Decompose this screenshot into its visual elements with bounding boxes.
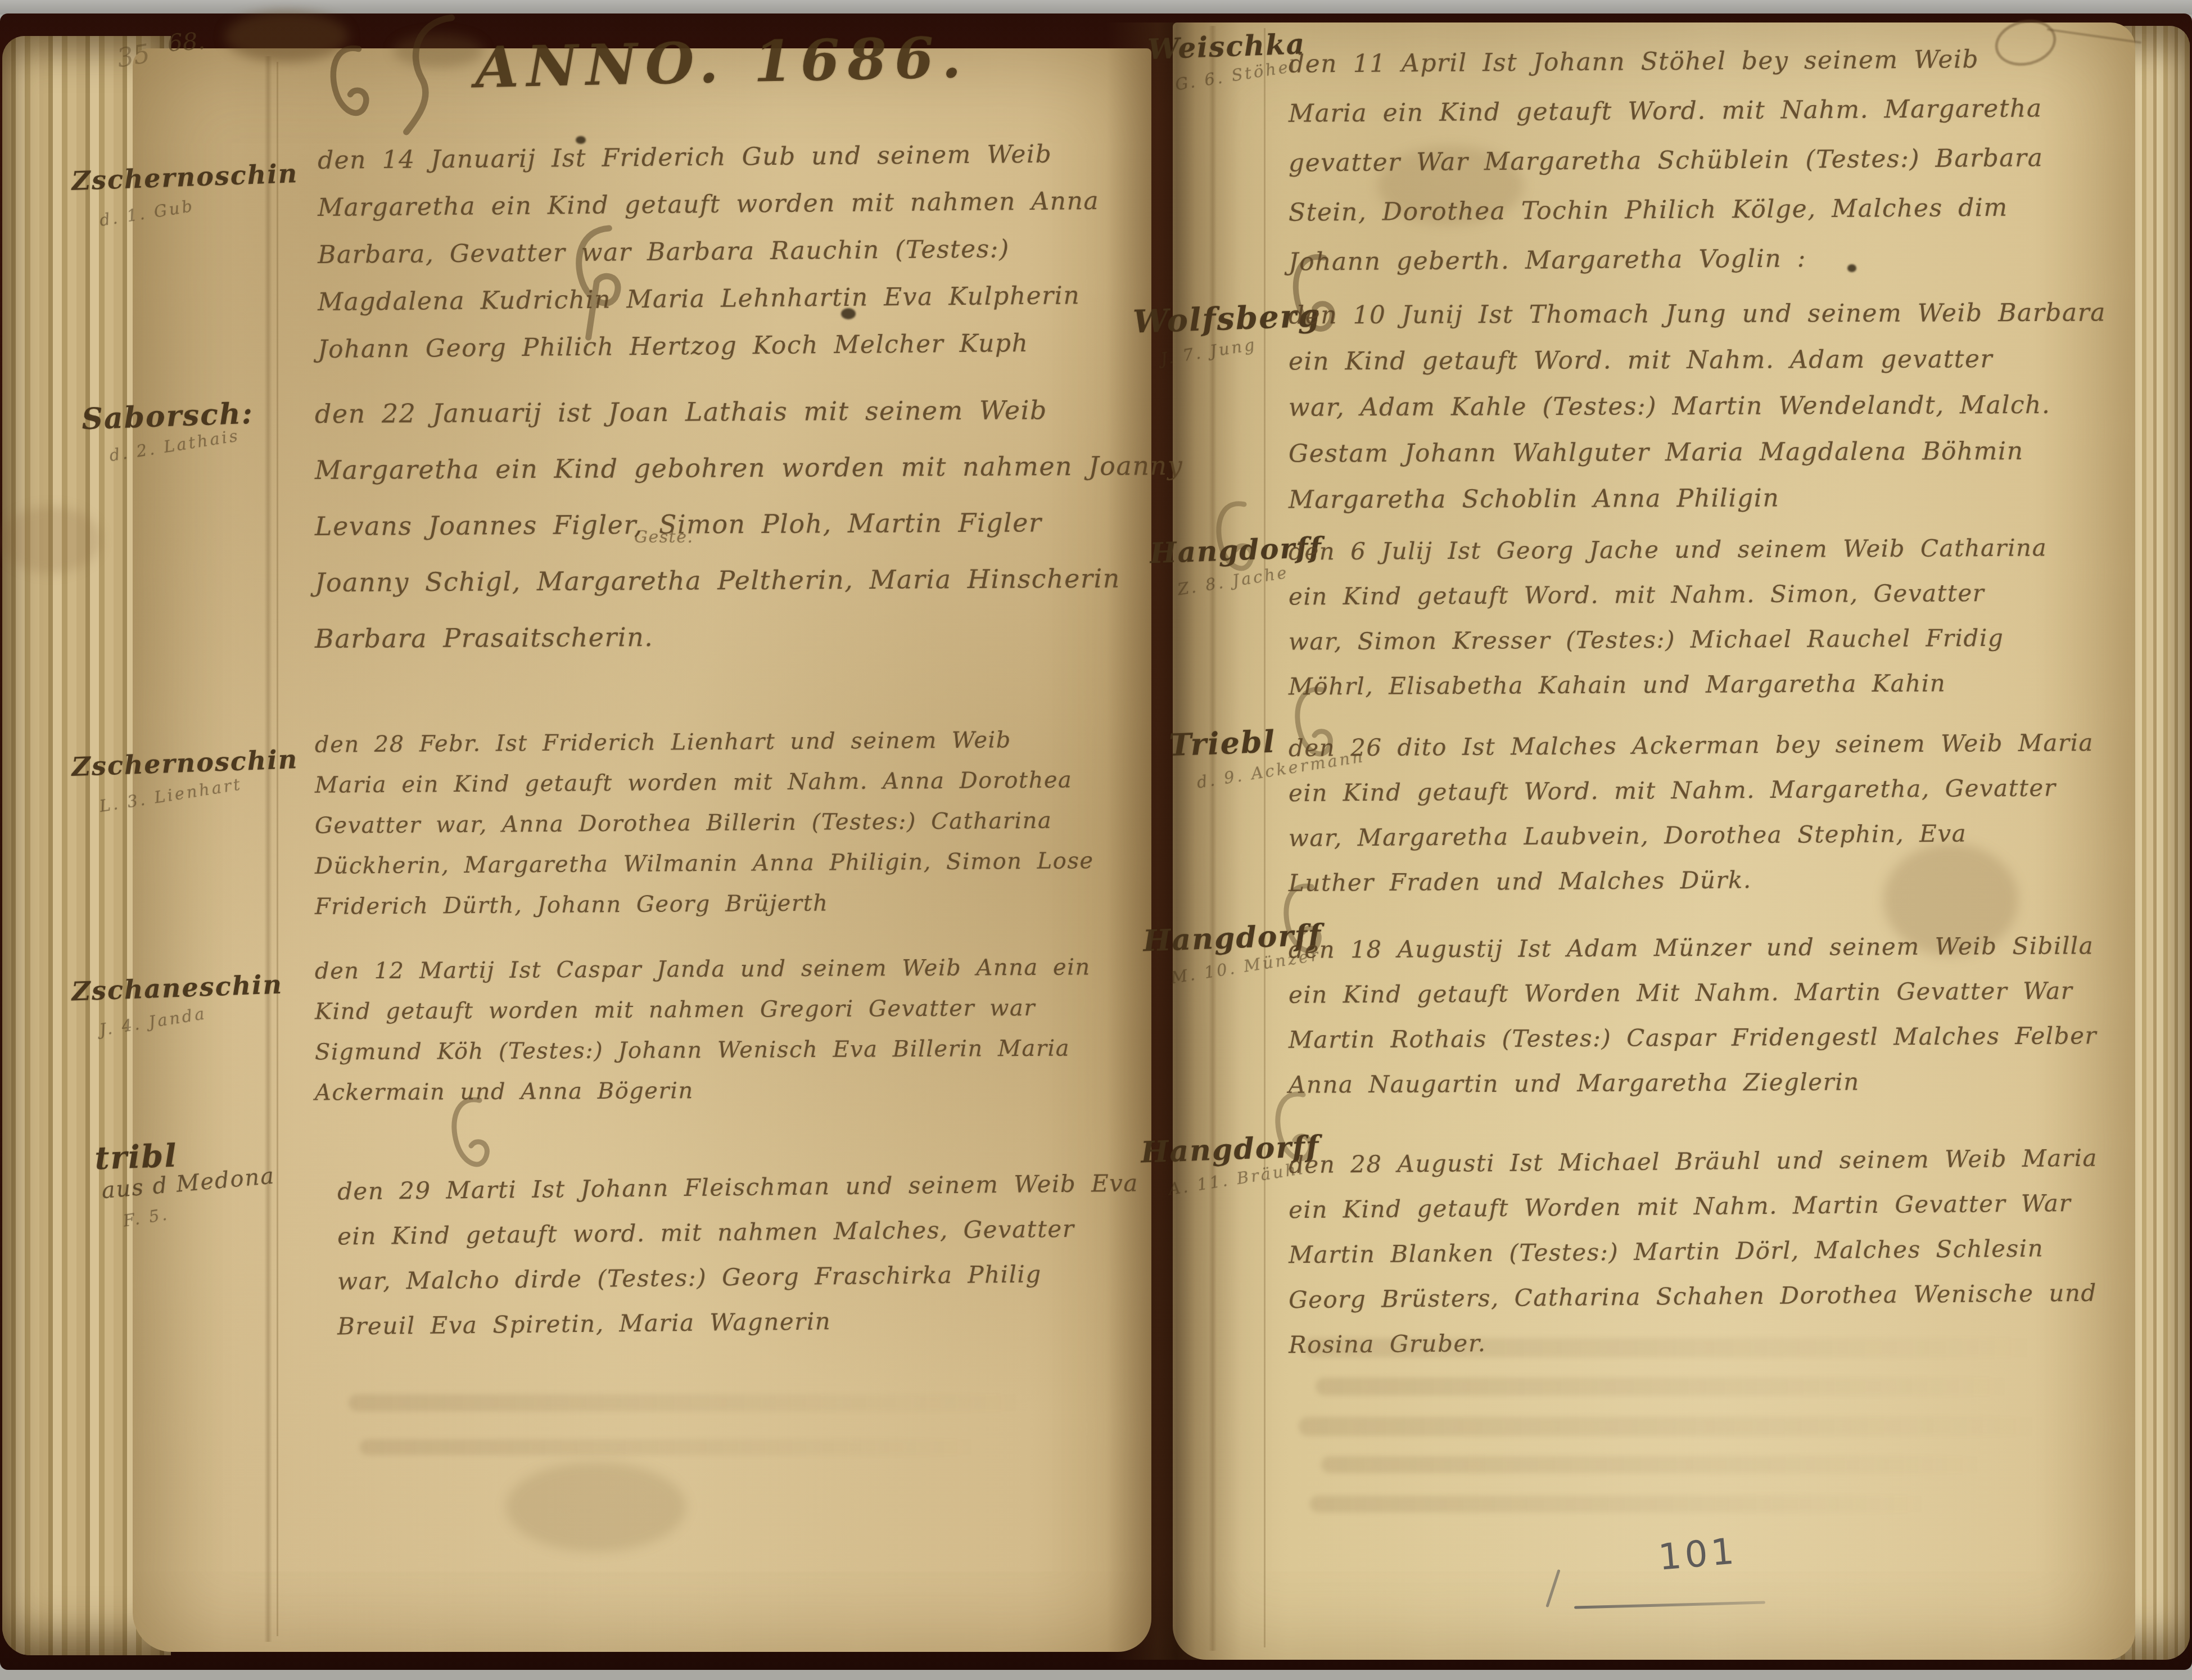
place-name-zschernoschin: Zschernoschin d. 1. Gub xyxy=(71,158,299,219)
entry-text-line: Luther Fraden und Malches Dürk. xyxy=(1289,855,2094,906)
entry-text-line: Maria ein Kind getauft worden mit Nahm. … xyxy=(315,760,1094,806)
entry-text-line: war, Simon Kresser (Testes:) Michael Rau… xyxy=(1289,615,2048,664)
entry-text-line: ein Kind getauft Worden Mit Nahm. Martin… xyxy=(1289,968,2097,1018)
entry-text-line: Anna Naugartin und Margaretha Zieglerin xyxy=(1289,1058,2097,1108)
entry-text-line: ein Kind getauft Word. mit Nahm. Simon, … xyxy=(1289,570,2048,619)
baptism-entry: den 28 Febr. Ist Friderich Lienhart und … xyxy=(315,722,1094,924)
entry-text-line: Stein, Dorothea Tochin Philich Kölge, Ma… xyxy=(1289,183,2044,237)
entry-text-line: Dückherin, Margaretha Wilmanin Anna Phil… xyxy=(315,841,1094,887)
entry-text-line: den 10 Junij Ist Thomach Jung und seinem… xyxy=(1289,290,2106,338)
photo-background-strip xyxy=(0,0,2192,15)
folio-number: 68. xyxy=(166,27,206,57)
stain xyxy=(0,506,101,573)
entry-text-line: ein Kind getauft Word. mit Nahm. Adam ge… xyxy=(1289,336,2106,385)
baptism-entry: den 6 Julij Ist Georg Jache und seinem W… xyxy=(1289,527,2047,707)
bleed-through-text xyxy=(1310,1496,1928,1512)
baptism-entry: den 18 Augustij Ist Adam Münzer und sein… xyxy=(1289,925,2097,1105)
entry-text-line: Ackermain und Anna Bögerin xyxy=(315,1068,1091,1113)
baptism-entry: den 11 April Ist Johann Stöhel bey seine… xyxy=(1289,37,2043,284)
entry-text-line: Sigmund Köh (Testes:) Johann Wenisch Eva… xyxy=(315,1028,1091,1072)
entry-text-line: Magdalena Kudrichin Maria Lehnhartin Eva… xyxy=(318,272,1100,326)
entry-text-line: Barbara Prasaitscherin. xyxy=(315,606,1183,667)
entry-text-line: Margaretha ein Kind getauft worden mit n… xyxy=(318,178,1100,232)
flourish-icon xyxy=(394,11,467,141)
entry-text-line: war, Adam Kahle (Testes:) Martin Wendela… xyxy=(1289,382,2106,431)
entry-text-line: den 12 Martij Ist Caspar Janda und seine… xyxy=(315,947,1091,991)
entry-text-line: Barbara, Gevatter war Barbara Rauchin (T… xyxy=(318,225,1100,279)
book-gutter-shadow xyxy=(1106,22,1241,1660)
right-page-fold-crease xyxy=(1209,26,1217,1651)
bleed-through-text xyxy=(1321,1456,1985,1473)
entry-text-line: Maria ein Kind getauft Word. mit Nahm. M… xyxy=(1289,84,2044,138)
entry-text-line: den 28 Augusti Ist Michael Bräuhl und se… xyxy=(1289,1136,2098,1188)
baptism-entry: den 29 Marti Ist Johann Fleischman und s… xyxy=(337,1165,1138,1345)
baptism-entry: den 10 Junij Ist Thomach Jung und seinem… xyxy=(1289,291,2106,522)
page-title: ANNO. 1686. xyxy=(474,24,970,101)
entry-text-line: den 26 dito Ist Malches Ackerman bey sei… xyxy=(1289,720,2094,771)
baptism-entry: den 14 Januarij Ist Friderich Gub und se… xyxy=(318,134,1099,370)
entry-text-line: Gestam Johann Wahlguter Maria Magdalena … xyxy=(1289,428,2106,477)
entry-text-line: den 11 April Ist Johann Stöhel bey seine… xyxy=(1289,34,2044,89)
entry-text-line: den 22 Januarij ist Joan Lathais mit sei… xyxy=(315,381,1183,442)
inserted-correction-word: Geste. xyxy=(634,527,693,547)
entry-text-line: Möhrl, Elisabetha Kahain und Margaretha … xyxy=(1289,660,2048,709)
place-name-tribl: tribl aus d Medona F. 5. xyxy=(94,1137,277,1222)
entry-text-line: Martin Blanken (Testes:) Martin Dörl, Ma… xyxy=(1289,1226,2098,1278)
entry-text-line: Martin Rothais (Testes:) Caspar Fridenge… xyxy=(1289,1013,2097,1063)
entry-text-line: Gevatter war, Anna Dorothea Billerin (Te… xyxy=(315,800,1094,846)
entry-text-line: Joanny Schigl, Margaretha Peltherin, Mar… xyxy=(315,550,1183,611)
flourish-icon xyxy=(1209,495,1259,602)
baptism-entry: den 12 Martij Ist Caspar Janda und seine… xyxy=(315,949,1091,1111)
left-page-margin-rule xyxy=(277,62,278,1636)
place-name-saborsch: Saborsch: d. 2. Lathais xyxy=(81,399,255,458)
entry-text-line: den 14 Januarij Ist Friderich Gub und se… xyxy=(318,130,1100,184)
manuscript-photo: { "page_title": "ANNO. 1686.", "colors":… xyxy=(0,0,2192,1680)
old-folio-number: 35 xyxy=(115,38,152,73)
entry-text-line: Margaretha ein Kind gebohren worden mit … xyxy=(315,437,1183,498)
entry-text-line: den 28 Febr. Ist Friderich Lienhart und … xyxy=(315,719,1094,765)
place-name-zschaneschin: Zschaneschin J. 4. Janda xyxy=(71,969,284,1029)
entry-text-line: Breuil Eva Spiretin, Maria Wagnerin xyxy=(337,1296,1139,1349)
entry-text-line: Kind getauft worden mit nahmen Gregori G… xyxy=(315,987,1091,1032)
entry-text-line: gevatter War Margaretha Schüblein (Teste… xyxy=(1289,133,2044,188)
baptism-entry: den 28 Augusti Ist Michael Bräuhl und se… xyxy=(1289,1139,2098,1364)
entry-text-line: Johann geberth. Margaretha Voglin : xyxy=(1289,232,2044,287)
entry-text-line: Margaretha Schoblin Anna Philigin xyxy=(1289,474,2106,523)
entry-text-line: den 29 Marti Ist Johann Fleischman und s… xyxy=(337,1161,1139,1214)
entry-text-line: ein Kind getauft Word. mit Nahm. Margare… xyxy=(1289,765,2094,816)
entry-text-line: Levans Joannes Figler, Simon Ploh, Marti… xyxy=(315,494,1183,554)
entry-text-line: den 6 Julij Ist Georg Jache und seinem W… xyxy=(1289,525,2048,574)
entry-text-line: den 18 Augustij Ist Adam Münzer und sein… xyxy=(1289,923,2097,973)
entry-text-line: war, Margaretha Laubvein, Dorothea Steph… xyxy=(1289,810,2094,861)
entry-text-line: ein Kind getauft Worden mit Nahm. Martin… xyxy=(1289,1181,2098,1233)
entry-text-line: ein Kind getauft word. mit nahmen Malche… xyxy=(337,1206,1139,1259)
left-page-fold-crease xyxy=(264,56,272,1642)
entry-text-line: war, Malcho dirde (Testes:) Georg Frasch… xyxy=(337,1251,1139,1304)
flourish-icon xyxy=(323,39,374,146)
place-name-zschernoschin-2: Zschernoschin L. 3. Lienhart xyxy=(71,744,299,805)
pencil-folio-number: 101 xyxy=(1657,1530,1739,1579)
place-name-weischka: Weischka G. 6. Stöhel xyxy=(1147,29,1307,87)
entry-text-line: Johann Georg Philich Hertzog Koch Melche… xyxy=(318,319,1100,373)
right-page-margin-rule xyxy=(1264,28,1266,1647)
bleed-through-text xyxy=(349,1394,1023,1411)
entry-text-line: Georg Brüsters, Catharina Schahen Doroth… xyxy=(1289,1271,2098,1323)
bleed-through-text xyxy=(1316,1378,2013,1396)
stain xyxy=(506,1462,686,1552)
bleed-through-text xyxy=(360,1439,978,1455)
entry-text-line: Friderich Dürth, Johann Georg Brüjerth xyxy=(315,881,1094,927)
baptism-entry: den 26 dito Ist Malches Ackerman bey sei… xyxy=(1289,723,2094,903)
bleed-through-text xyxy=(1304,1338,2035,1357)
baptism-entry: den 22 Januarij ist Joan Lathais mit sei… xyxy=(315,383,1183,665)
bleed-through-text xyxy=(1299,1417,2041,1436)
